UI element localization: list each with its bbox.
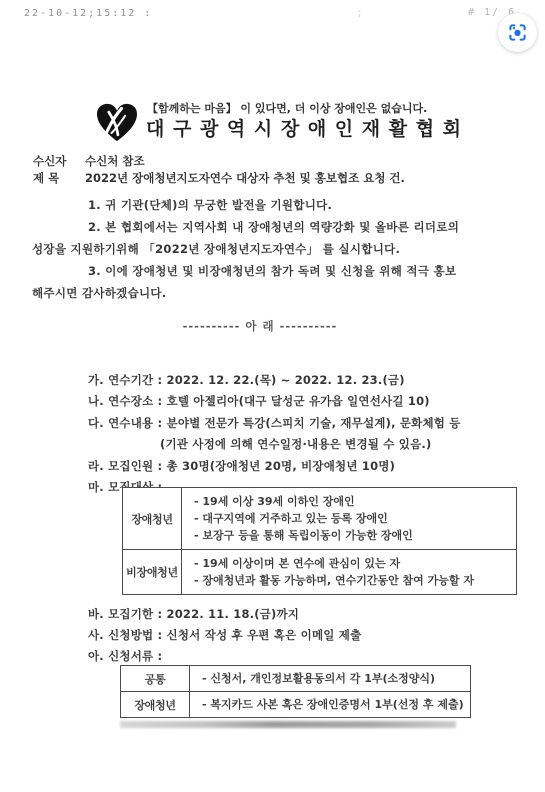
- target-criterion: - 장애청년과 활동 가능하며, 연수기간동안 참여 가능할 자: [194, 572, 510, 589]
- apply-documents-table: 공통 - 신청서, 개인정보활용동의서 각 1부(소정양식) 장애청년 - 복지…: [120, 665, 471, 718]
- body-paragraph-3-line1: 3. 이에 장애청년 및 비장애청년의 참가 독려 및 신청을 위해 적극 홍보: [88, 263, 456, 279]
- target-criterion: - 보장구 등을 통해 독립이동이 가능한 장애인: [194, 527, 510, 544]
- body-paragraph-3-line2: 해주시면 감사하겠습니다.: [32, 285, 166, 301]
- below-separator: ---------- 아 래 ----------: [0, 318, 520, 334]
- item-apply-method: 사. 신청방법 : 신청서 작성 후 우편 혹은 이메일 제출: [88, 627, 361, 643]
- recipient-label: 수신자: [33, 153, 66, 169]
- page-edge-shadow: [120, 721, 456, 728]
- scan-artifact-mark: ;: [358, 8, 361, 19]
- item-recruit-count: 라. 모집인원 : 총 30명(장애청년 20명, 비장애청년 10명): [88, 458, 395, 474]
- scan-viewer-page: { "topbar": { "timestamp": "22-10-12;15:…: [0, 0, 545, 792]
- target-category: 장애청년: [123, 488, 182, 550]
- table-row: 장애청년 - 19세 이상 39세 이하인 장애인 - 대구지역에 거주하고 있…: [123, 488, 517, 550]
- target-criterion: - 19세 이상이며 본 연수에 관심이 있는 자: [194, 555, 510, 572]
- association-name: 대 구 광 역 시 장 애 인 재 활 협 회: [146, 114, 462, 141]
- item-deadline: 바. 모집기한 : 2022. 11. 18.(금)까지: [88, 606, 299, 622]
- target-category: 비장애청년: [123, 550, 182, 595]
- item-apply-documents: 아. 신청서류 :: [88, 648, 162, 664]
- lens-icon: [508, 23, 527, 42]
- body-paragraph-2-line1: 2. 본 협회에서는 지역사회 내 장애청년의 역량강화 및 올바른 리더로의: [88, 219, 459, 235]
- table-row: 비장애청년 - 19세 이상이며 본 연수에 관심이 있는 자 - 장애청년과 …: [123, 550, 517, 595]
- lens-search-button[interactable]: [498, 13, 537, 52]
- recipient-value: 수신처 참조: [85, 153, 145, 169]
- body-paragraph-1: 1. 귀 기관(단체)의 무궁한 발전을 기원합니다.: [88, 197, 332, 213]
- scan-timestamp: 22-10-12;15:12 :: [24, 8, 152, 19]
- item-training-content: 다. 연수내용 : 분야별 전문가 특강(스피치 기술, 재무설계), 문화체험…: [88, 415, 461, 431]
- association-heart-logo: [95, 103, 139, 143]
- table-row: 장애청년 - 복지카드 사본 혹은 장애인증명서 1부(선정 후 제출): [121, 692, 471, 718]
- document-criterion: - 복지카드 사본 혹은 장애인증명서 1부(선정 후 제출): [202, 697, 464, 712]
- subject-label: 제 목: [33, 170, 59, 186]
- recruit-target-table: 장애청년 - 19세 이상 39세 이하인 장애인 - 대구지역에 거주하고 있…: [122, 487, 517, 595]
- subject-value: 2022년 장애청년지도자연수 대상자 추천 및 홍보협조 요청 건.: [85, 170, 405, 186]
- item-content-note: (기관 사정에 의해 연수일정·내용은 변경될 수 있음.): [160, 436, 431, 452]
- table-row: 공통 - 신청서, 개인정보활용동의서 각 1부(소정양식): [121, 666, 471, 692]
- document-criterion: - 신청서, 개인정보활용동의서 각 1부(소정양식): [202, 671, 464, 686]
- document-category: 공통: [121, 666, 190, 692]
- target-criterion: - 19세 이상 39세 이하인 장애인: [194, 493, 510, 510]
- document-category: 장애청년: [121, 692, 190, 718]
- item-training-period: 가. 연수기간 : 2022. 12. 22.(목) ~ 2022. 12. 2…: [88, 372, 405, 388]
- body-paragraph-2-line2: 성장을 지원하기위해 「2022년 장애청년지도자연수」 를 실시합니다.: [32, 241, 400, 257]
- target-criterion: - 대구지역에 거주하고 있는 등록 장애인: [194, 510, 510, 527]
- item-training-venue: 나. 연수장소 : 호텔 아젤리아(대구 달성군 유가읍 일연선사길 10): [88, 393, 430, 409]
